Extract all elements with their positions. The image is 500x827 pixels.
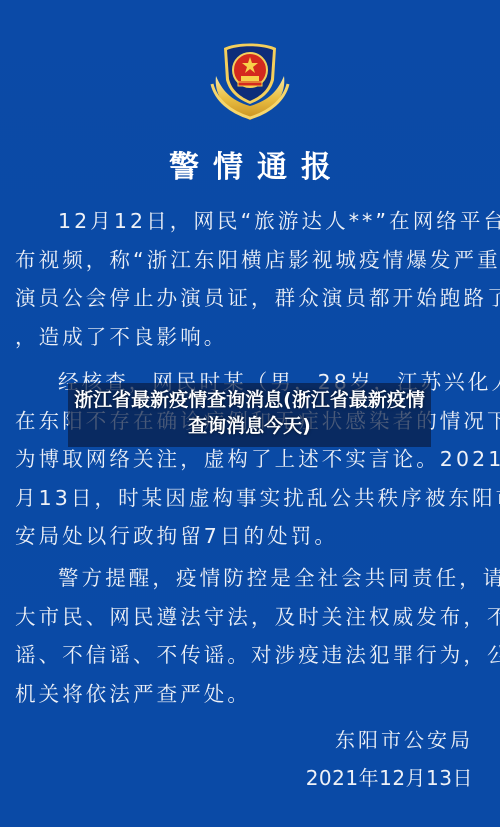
police-notice-page: 警情通报 12月12日，网民“旅游达人**”在网络平台发 布视频，称“浙江东阳横…: [0, 0, 500, 827]
signature-date: 2021年12月13日: [306, 762, 473, 791]
police-emblem-icon: [208, 40, 292, 122]
paragraph-line: 大市民、网民遵法守法，及时关注权威发布，不造: [15, 598, 487, 637]
paragraph-line: ，造成了不良影响。: [15, 318, 487, 357]
caption-overlay-title[interactable]: 浙江省最新疫情查询消息(浙江省最新疫情查询消息今天): [68, 383, 431, 439]
paragraph-line: 警方提醒，疫情防控是全社会共同责任，请广: [15, 559, 487, 598]
paragraph-line: 安局处以行政拘留7日的处罚。: [15, 517, 487, 556]
signature-organization: 东阳市公安局: [335, 724, 473, 753]
paragraph-line: 月13日，时某因虚构事实扰乱公共秩序被东阳市公: [15, 479, 487, 518]
paragraph-line: 演员公会停止办演员证，群众演员都开始跑路了”: [15, 279, 487, 318]
paragraph-line: 布视频，称“浙江东阳横店影视城疫情爆发严重，: [15, 241, 487, 280]
paragraph-line: 12月12日，网民“旅游达人**”在网络平台发: [15, 202, 487, 241]
paragraph-line: 谣、不信谣、不传谣。对涉疫违法犯罪行为，公安: [15, 636, 487, 675]
paragraph-line: 机关将依法严查严处。: [15, 675, 487, 714]
notice-title: 警情通报: [0, 142, 500, 186]
paragraph-reminder: 警方提醒，疫情防控是全社会共同责任，请广 大市民、网民遵法守法，及时关注权威发布…: [15, 559, 487, 713]
paragraph-incident: 12月12日，网民“旅游达人**”在网络平台发 布视频，称“浙江东阳横店影视城疫…: [15, 202, 487, 356]
